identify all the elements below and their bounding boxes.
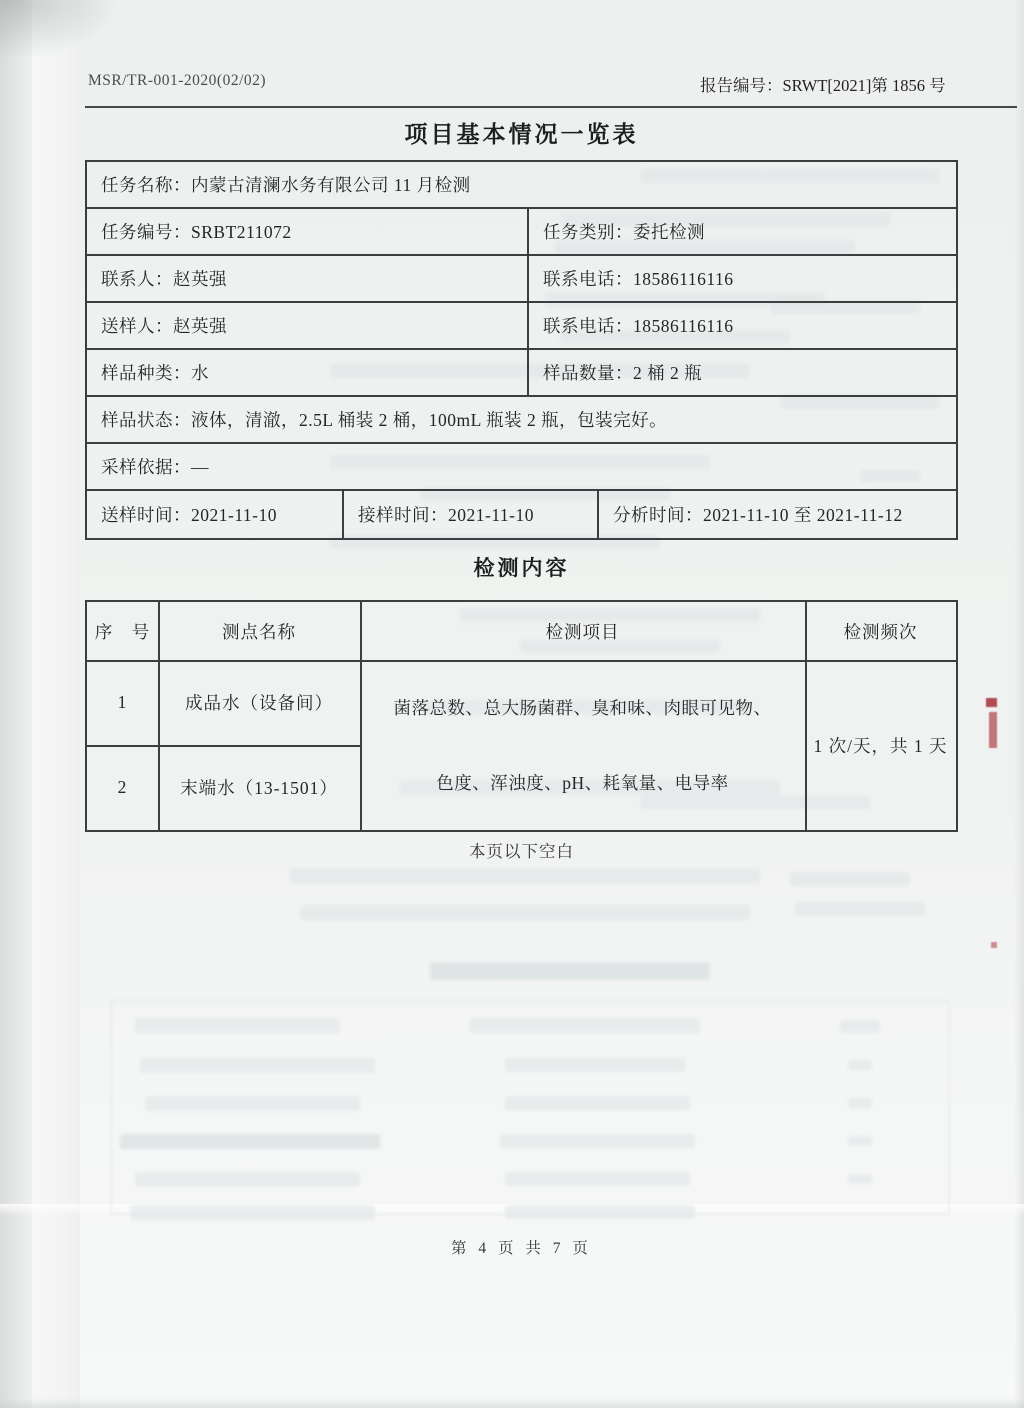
col-header-point: 测点名称 (158, 602, 360, 660)
row-no: 2 (87, 745, 158, 830)
sampler: 送样人：赵英强 (87, 303, 527, 348)
contact-person: 联系人：赵英强 (87, 256, 527, 301)
bleedthrough-text (130, 1205, 375, 1220)
row-no: 1 (87, 660, 158, 745)
receive-time: 接样时间：2021-11-10 (342, 491, 597, 538)
sample-quantity: 样品数量：2 桶 2 瓶 (527, 350, 956, 395)
blank-below-note: 本页以下空白 (85, 838, 958, 862)
test-frequency: 1 次/天，共 1 天 (805, 660, 956, 830)
sampling-basis: 采样依据：— (87, 444, 956, 489)
col-header-items: 检测项目 (360, 602, 805, 660)
task-type: 任务类别：委托检测 (527, 209, 956, 254)
scan-left-edge (0, 0, 32, 1408)
send-time: 送样时间：2021-11-10 (87, 491, 342, 538)
test-point: 末端水（13-1501） (158, 745, 360, 830)
scan-right-edge (1014, 0, 1024, 1408)
analysis-time: 分析时间：2021-11-10 至 2021-11-12 (597, 491, 956, 538)
page-title: 项目基本情况一览表 (85, 116, 958, 149)
project-info-table: 任务名称：内蒙古清澜水务有限公司 11 月检测 任务编号：SRBT211072 … (85, 160, 958, 540)
test-content-table: 序 号 测点名称 检测项目 检测频次 1 成品水（设备间） 2 末端水（13-1… (85, 600, 958, 832)
table-row: 联系人：赵英强 联系电话：18586116116 (87, 256, 956, 303)
red-stamp-bleed (989, 712, 997, 748)
test-items-line1: 菌落总数、总大肠菌群、臭和味、肉眼可见物、 (394, 695, 772, 720)
bleedthrough-text (795, 902, 925, 916)
table-row: 送样人：赵英强 联系电话：18586116116 (87, 303, 956, 350)
bleedthrough-text (848, 1174, 872, 1184)
table-row: 样品状态：液体，清澈，2.5L 桶装 2 桶，100mL 瓶装 2 瓶，包装完好… (87, 397, 956, 444)
col-header-no: 序 号 (87, 602, 158, 660)
bleedthrough-text (120, 1134, 380, 1149)
bleedthrough-text (300, 905, 750, 920)
bleedthrough-text (140, 1058, 375, 1073)
bleedthrough-text (500, 1134, 695, 1148)
table-row: 任务编号：SRBT211072 任务类别：委托检测 (87, 209, 956, 256)
bleedthrough-text (790, 872, 910, 886)
task-name: 任务名称：内蒙古清澜水务有限公司 11 月检测 (87, 162, 956, 207)
document-code: MSR/TR-001-2020(02/02) (88, 72, 266, 90)
table-row: 送样时间：2021-11-10 接样时间：2021-11-10 分析时间：202… (87, 491, 956, 538)
table-row: 任务名称：内蒙古清澜水务有限公司 11 月检测 (87, 162, 956, 209)
test-items: 菌落总数、总大肠菌群、臭和味、肉眼可见物、 色度、浑浊度、pH、耗氧量、电导率 (360, 660, 805, 830)
red-stamp-bleed (986, 698, 997, 707)
report-number: 报告编号：SRWT[2021]第 1856 号 (700, 72, 946, 96)
sample-kind: 样品种类：水 (87, 350, 527, 395)
table-row: 样品种类：水 样品数量：2 桶 2 瓶 (87, 350, 956, 397)
scan-page-edge-strip (32, 0, 80, 1408)
bleedthrough-text (505, 1096, 690, 1110)
bleedthrough-text (135, 1018, 340, 1033)
table-row: 采样依据：— (87, 444, 956, 491)
scan-bottom-shadow (0, 1398, 1024, 1408)
sampler-phone: 联系电话：18586116116 (527, 303, 956, 348)
test-items-line2: 色度、浑浊度、pH、耗氧量、电导率 (436, 770, 728, 795)
col-header-frequency: 检测频次 (805, 602, 956, 660)
bleedthrough-text (290, 868, 760, 884)
bleedthrough-text (848, 1060, 872, 1070)
bleedthrough-text (145, 1096, 360, 1111)
sample-state: 样品状态：液体，清澈，2.5L 桶装 2 桶，100mL 瓶装 2 瓶，包装完好… (87, 397, 956, 442)
bleedthrough-text (848, 1098, 872, 1108)
section-title-test-content: 检测内容 (85, 552, 958, 582)
test-point: 成品水（设备间） (158, 660, 360, 745)
task-number: 任务编号：SRBT211072 (87, 209, 527, 254)
bleedthrough-text (135, 1172, 360, 1187)
red-stamp-bleed (991, 942, 997, 948)
bleedthrough-text (505, 1058, 685, 1072)
header-rule (85, 106, 1017, 108)
bleedthrough-text (470, 1018, 700, 1033)
bleedthrough-text (505, 1205, 695, 1219)
bleedthrough-text (505, 1172, 690, 1186)
scan-corner-shadow (0, 0, 120, 60)
bleedthrough-section-title (430, 962, 710, 980)
contact-phone: 联系电话：18586116116 (527, 256, 956, 301)
page-number: 第 4 页 共 7 页 (85, 1236, 958, 1258)
bleedthrough-text (840, 1020, 880, 1033)
bleedthrough-text (848, 1136, 872, 1146)
